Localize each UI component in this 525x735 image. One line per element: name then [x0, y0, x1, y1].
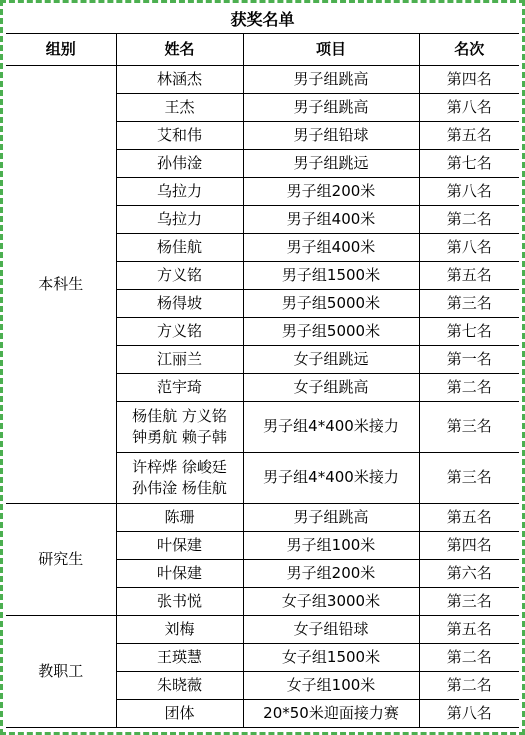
event-cell: 男子组200米 [243, 559, 419, 587]
event-cell: 男子组跳高 [243, 65, 419, 93]
event-cell: 男子组跳高 [243, 93, 419, 121]
event-cell: 女子组跳高 [243, 373, 419, 401]
rank-cell: 第二名 [419, 205, 519, 233]
rank-cell: 第五名 [419, 503, 519, 531]
event-cell: 男子组4*400米接力 [243, 401, 419, 452]
column-header-event: 项目 [243, 33, 419, 65]
rank-cell: 第七名 [419, 317, 519, 345]
rank-cell: 第五名 [419, 261, 519, 289]
event-cell: 男子组跳高 [243, 503, 419, 531]
event-cell: 男子组1500米 [243, 261, 419, 289]
name-cell: 林涵杰 [116, 65, 243, 93]
rank-cell: 第七名 [419, 149, 519, 177]
rank-cell: 第五名 [419, 121, 519, 149]
rank-cell: 第三名 [419, 452, 519, 503]
name-cell: 王杰 [116, 93, 243, 121]
rank-cell: 第二名 [419, 643, 519, 671]
name-cell: 杨佳航 方义铭 钟勇航 赖子韩 [116, 401, 243, 452]
page-title: 获奖名单 [6, 7, 519, 33]
title-row: 获奖名单 [6, 7, 519, 33]
name-cell: 方义铭 [116, 261, 243, 289]
name-cell: 乌拉力 [116, 177, 243, 205]
event-cell: 男子组5000米 [243, 317, 419, 345]
event-cell: 男子组跳远 [243, 149, 419, 177]
event-cell: 男子组200米 [243, 177, 419, 205]
column-header-rank: 名次 [419, 33, 519, 65]
rank-cell: 第一名 [419, 345, 519, 373]
column-header-group: 组别 [6, 33, 116, 65]
rank-cell: 第六名 [419, 559, 519, 587]
event-cell: 女子组3000米 [243, 587, 419, 615]
awards-table: 获奖名单 组别 姓名 项目 名次 本科生林涵杰男子组跳高第四名王杰男子组跳高第八… [6, 7, 519, 728]
column-header-name: 姓名 [116, 33, 243, 65]
name-cell: 张书悦 [116, 587, 243, 615]
rank-cell: 第三名 [419, 289, 519, 317]
name-cell: 团体 [116, 699, 243, 727]
event-cell: 男子组5000米 [243, 289, 419, 317]
event-cell: 女子组跳远 [243, 345, 419, 373]
name-cell: 许梓烨 徐峻廷 孙伟淦 杨佳航 [116, 452, 243, 503]
name-cell: 杨佳航 [116, 233, 243, 261]
header-row: 组别 姓名 项目 名次 [6, 33, 519, 65]
name-cell: 江丽兰 [116, 345, 243, 373]
name-cell: 方义铭 [116, 317, 243, 345]
rank-cell: 第四名 [419, 65, 519, 93]
name-cell: 陈珊 [116, 503, 243, 531]
name-cell: 孙伟淦 [116, 149, 243, 177]
name-cell: 叶保建 [116, 531, 243, 559]
spreadsheet-page: 获奖名单 组别 姓名 项目 名次 本科生林涵杰男子组跳高第四名王杰男子组跳高第八… [0, 0, 525, 735]
rank-cell: 第八名 [419, 233, 519, 261]
rank-cell: 第四名 [419, 531, 519, 559]
event-cell: 男子组铅球 [243, 121, 419, 149]
table-row: 研究生陈珊男子组跳高第五名 [6, 503, 519, 531]
rank-cell: 第八名 [419, 177, 519, 205]
rank-cell: 第三名 [419, 401, 519, 452]
name-cell: 乌拉力 [116, 205, 243, 233]
name-cell: 范宇琦 [116, 373, 243, 401]
table-row: 教职工刘梅女子组铅球第五名 [6, 615, 519, 643]
event-cell: 男子组400米 [243, 233, 419, 261]
event-cell: 20*50米迎面接力赛 [243, 699, 419, 727]
name-cell: 杨得坡 [116, 289, 243, 317]
rank-cell: 第三名 [419, 587, 519, 615]
group-cell: 本科生 [6, 65, 116, 503]
group-cell: 研究生 [6, 503, 116, 615]
name-cell: 艾和伟 [116, 121, 243, 149]
event-cell: 女子组铅球 [243, 615, 419, 643]
rank-cell: 第二名 [419, 373, 519, 401]
event-cell: 男子组4*400米接力 [243, 452, 419, 503]
event-cell: 男子组400米 [243, 205, 419, 233]
event-cell: 女子组100米 [243, 671, 419, 699]
rank-cell: 第八名 [419, 699, 519, 727]
name-cell: 王瑛慧 [116, 643, 243, 671]
name-cell: 叶保建 [116, 559, 243, 587]
name-cell: 朱晓薇 [116, 671, 243, 699]
rank-cell: 第二名 [419, 671, 519, 699]
group-cell: 教职工 [6, 615, 116, 727]
table-row: 本科生林涵杰男子组跳高第四名 [6, 65, 519, 93]
event-cell: 女子组1500米 [243, 643, 419, 671]
rank-cell: 第八名 [419, 93, 519, 121]
rank-cell: 第五名 [419, 615, 519, 643]
awards-table-body: 本科生林涵杰男子组跳高第四名王杰男子组跳高第八名艾和伟男子组铅球第五名孙伟淦男子… [6, 65, 519, 727]
event-cell: 男子组100米 [243, 531, 419, 559]
name-cell: 刘梅 [116, 615, 243, 643]
